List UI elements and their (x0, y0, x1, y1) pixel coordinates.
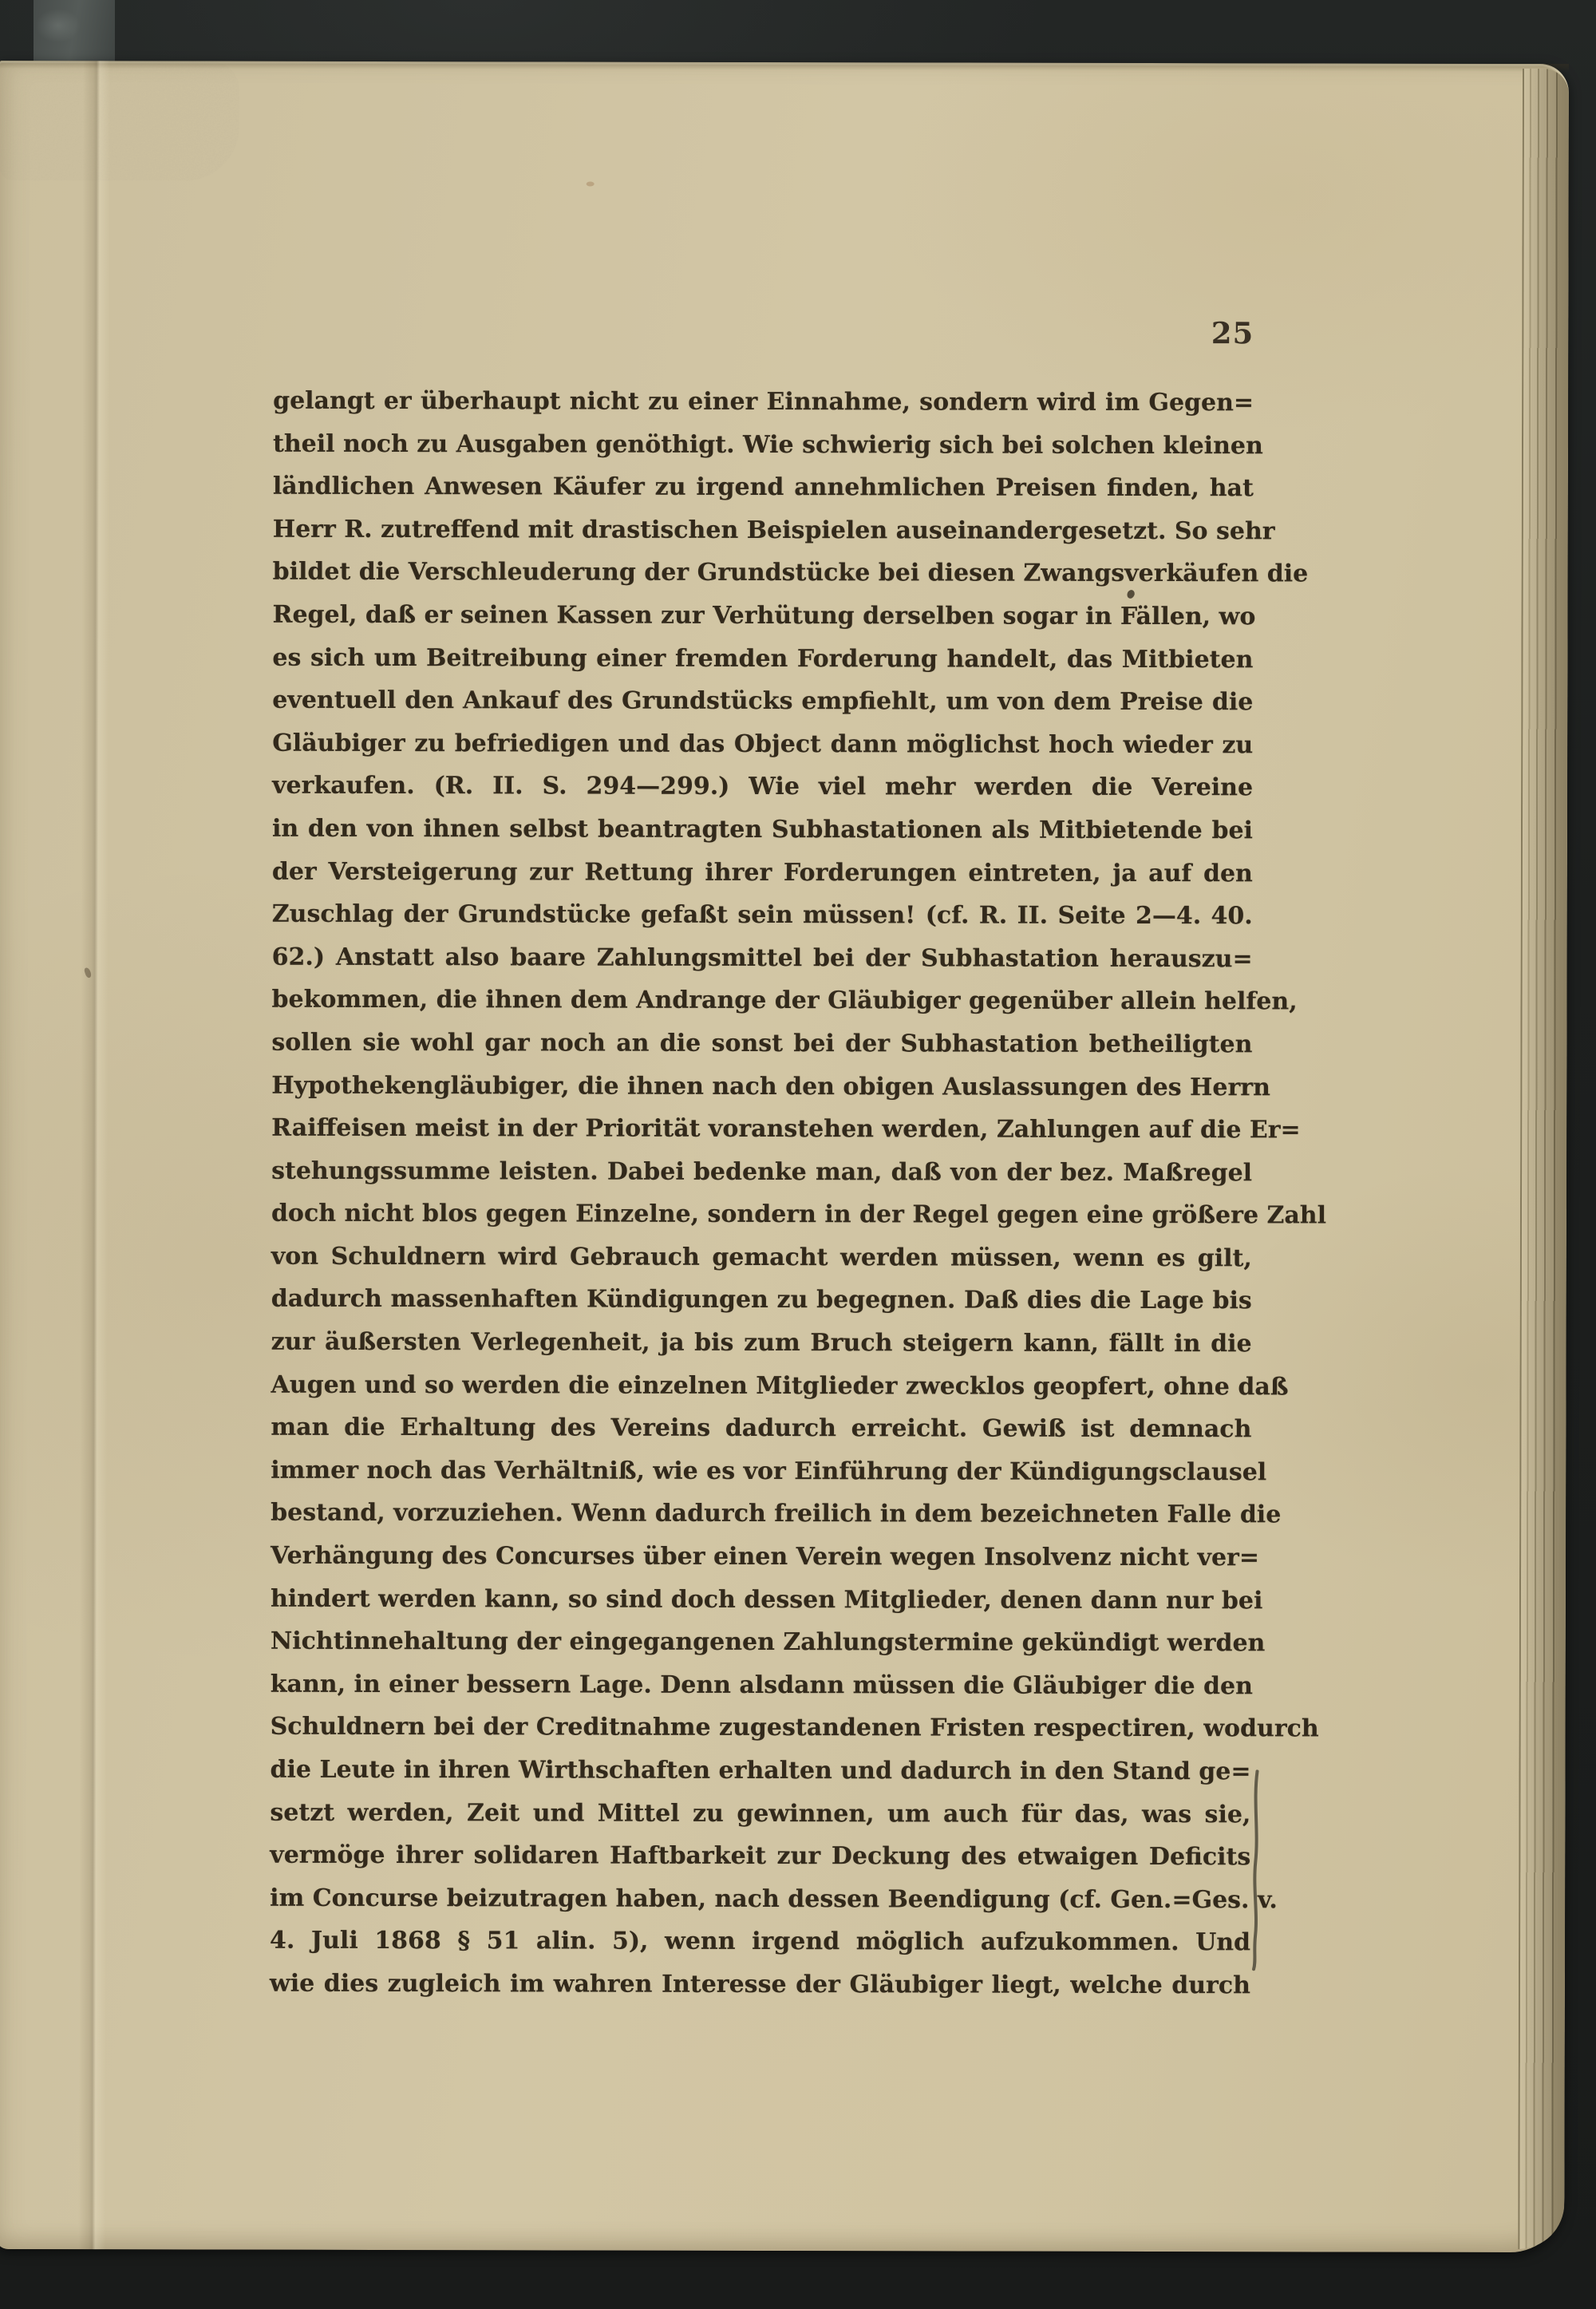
text-line: bekommen, die ihnen dem Andrange der Glä… (271, 979, 1252, 1023)
text-line: im Concurse beizutragen haben, nach dess… (270, 1876, 1250, 1921)
text-line: eventuell den Ankauf des Grundstücks emp… (272, 679, 1253, 724)
text-line: es sich um Beitreibung einer fremden For… (272, 636, 1253, 681)
scanned-book-photo: 25 gelangt er überhaupt nicht zu einer E… (0, 0, 1596, 2309)
text-line: ländlichen Anwesen Käufer zu irgend anne… (273, 465, 1254, 510)
text-line: immer noch das Verhältniß, wie es vor Ei… (271, 1449, 1251, 1494)
pen-margin-mark (1249, 1769, 1264, 1971)
text-line: hindert werden kann, so sind doch dessen… (271, 1577, 1251, 1622)
text-line: Regel, daß er seinen Kassen zur Verhütun… (272, 594, 1253, 639)
text-line: Herr R. zutreffend mit drastischen Beisp… (273, 508, 1254, 552)
text-line: bestand, vorzuziehen. Wenn dadurch freil… (271, 1492, 1251, 1536)
paper-grain-texture (0, 61, 239, 181)
foxing-spot (587, 182, 595, 187)
text-line: bildet die Verschleuderung der Grundstüc… (273, 551, 1254, 595)
text-line: zur äußersten Verlegenheit, ja bis zum B… (271, 1321, 1252, 1366)
text-line: vermöge ihrer solidaren Haftbarkeit zur … (270, 1834, 1250, 1879)
text-line: doch nicht blos gegen Einzelne, sondern … (271, 1192, 1252, 1237)
text-line: der Versteigerung zur Rettung ihrer Ford… (272, 850, 1253, 895)
text-line: theil noch zu Ausgaben genöthigt. Wie sc… (273, 422, 1254, 467)
text-line: die Leute in ihren Wirthschaften erhalte… (270, 1749, 1250, 1793)
page-stack-edge (1518, 69, 1569, 2249)
text-line: von Schuldnern wird Gebrauch gemacht wer… (271, 1236, 1252, 1280)
text-line: Raiffeisen meist in der Priorität vorans… (271, 1107, 1252, 1152)
text-line: setzt werden, Zeit und Mittel zu gewinne… (270, 1791, 1250, 1836)
text-line: 62.) Anstatt also baare Zahlungsmittel b… (272, 935, 1253, 980)
book-page: 25 gelangt er überhaupt nicht zu einer E… (0, 61, 1569, 2252)
text-line: man die Erhaltung des Vereins dadurch er… (271, 1406, 1251, 1451)
text-line: wie dies zugleich im wahren Interesse de… (270, 1963, 1250, 2007)
text-line: Zuschlag der Grundstücke gefaßt sein müs… (272, 893, 1253, 938)
text-line: stehungssumme leisten. Dabei bedenke man… (271, 1149, 1252, 1194)
text-line: Hypothekengläubiger, die ihnen nach den … (271, 1064, 1252, 1109)
text-line: Schuldnern bei der Creditnahme zugestand… (271, 1706, 1251, 1750)
text-line: sollen sie wohl gar noch an die sonst be… (271, 1022, 1252, 1066)
page-number: 25 (273, 314, 1254, 351)
body-text: gelangt er überhaupt nicht zu einer Einn… (270, 380, 1254, 2007)
text-line: gelangt er überhaupt nicht zu einer Einn… (273, 380, 1254, 425)
text-line: Nichtinnehaltung der eingegangenen Zahlu… (271, 1620, 1251, 1665)
binding-cloth-fragment (34, 0, 115, 64)
gutter-crease (78, 61, 110, 2249)
text-line: in den von ihnen selbst beantragten Subh… (272, 808, 1253, 852)
text-line: verkaufen. (R. II. S. 294—299.) Wie viel… (272, 765, 1253, 809)
text-line: kann, in einer bessern Lage. Denn alsdan… (271, 1663, 1251, 1708)
text-line: dadurch massenhaften Kündigungen zu bege… (271, 1278, 1252, 1323)
text-line: Gläubiger zu befriedigen und das Object … (272, 722, 1253, 766)
text-line: Verhängung des Concurses über einen Vere… (271, 1535, 1251, 1580)
text-line: Augen und so werden die einzelnen Mitgli… (271, 1363, 1251, 1408)
text-line: 4. Juli 1868 § 51 alin. 5), wenn irgend … (270, 1920, 1250, 1964)
